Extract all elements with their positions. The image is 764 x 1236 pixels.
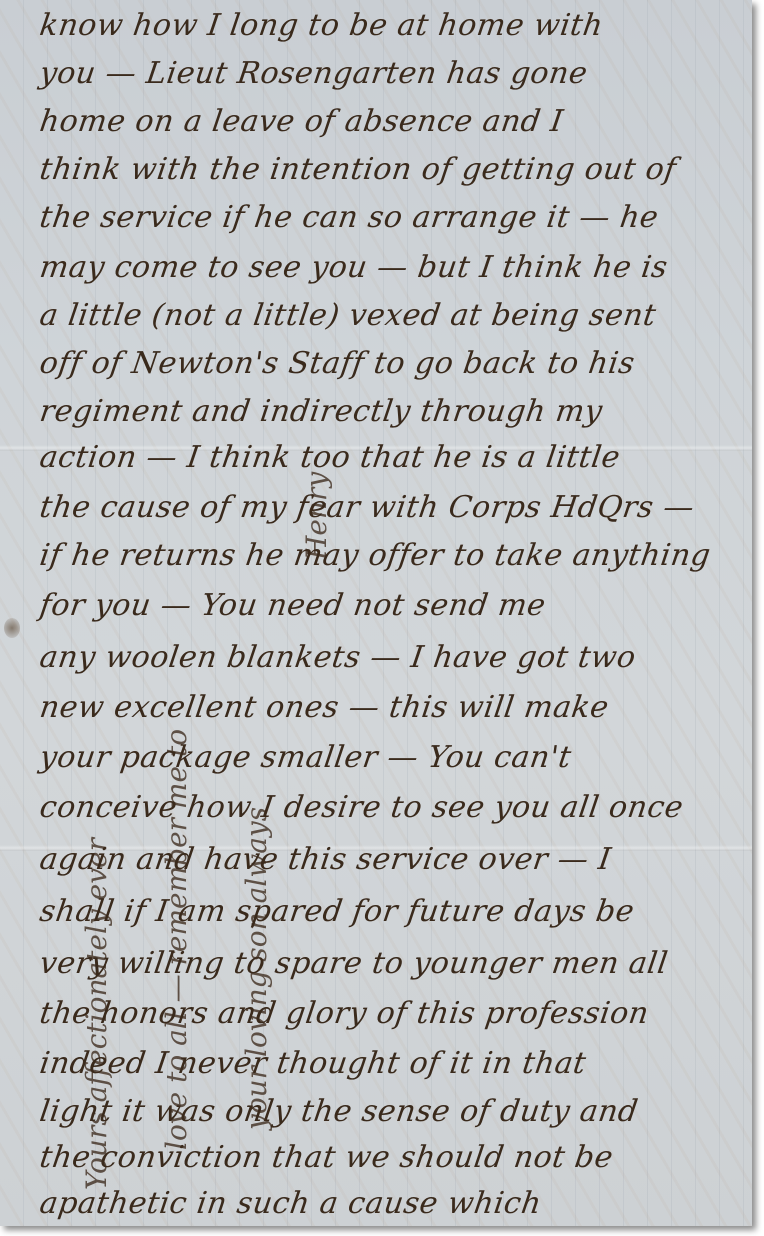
letter-line: conceive how I desire to see you all onc…	[38, 790, 686, 825]
letter-line: home on a leave of absence and I	[38, 104, 566, 139]
letter-line: the honors and glory of this profession	[38, 996, 652, 1031]
ink-stain	[4, 618, 20, 638]
letter-line: any woolen blankets — I have got two	[38, 640, 639, 675]
letter-line: apathetic in such a cause which	[38, 1186, 544, 1221]
letter-line: off of Newton's Staff to go back to his	[38, 346, 637, 381]
letter-line: the conviction that we should not be	[38, 1140, 616, 1175]
letter-line: very willing to spare to younger men all	[38, 946, 671, 981]
letter-line: regiment and indirectly through my	[38, 394, 605, 429]
letter-line: new excellent ones — this will make	[38, 690, 612, 725]
letter-page: Yours affectionately ever love to all — …	[0, 0, 752, 1226]
letter-line: shall if I am spared for future days be	[38, 894, 637, 929]
letter-line: again and have this service over — I	[38, 842, 614, 877]
letter-line: indeed I never thought of it in that	[38, 1046, 589, 1081]
letter-line: you — Lieut Rosengarten has gone	[38, 56, 590, 91]
letter-line: action — I think too that he is a little	[38, 440, 623, 475]
letter-line: the service if he can so arrange it — he	[38, 200, 661, 235]
letter-line: for you — You need not send me	[38, 588, 548, 623]
letter-line: think with the intention of getting out …	[38, 152, 679, 187]
letter-line: may come to see you — but I think he is	[38, 250, 670, 285]
letter-line: if he returns he may offer to take anyth…	[38, 538, 713, 573]
letter-line: know how I long to be at home with	[38, 8, 606, 43]
letter-line: the cause of my fear with Corps HdQrs —	[38, 490, 697, 525]
letter-line: your package smaller — You can't	[38, 740, 574, 775]
letter-line: a little (not a little) vexed at being s…	[38, 298, 659, 333]
letter-line: light it was only the sense of duty and	[38, 1094, 641, 1129]
